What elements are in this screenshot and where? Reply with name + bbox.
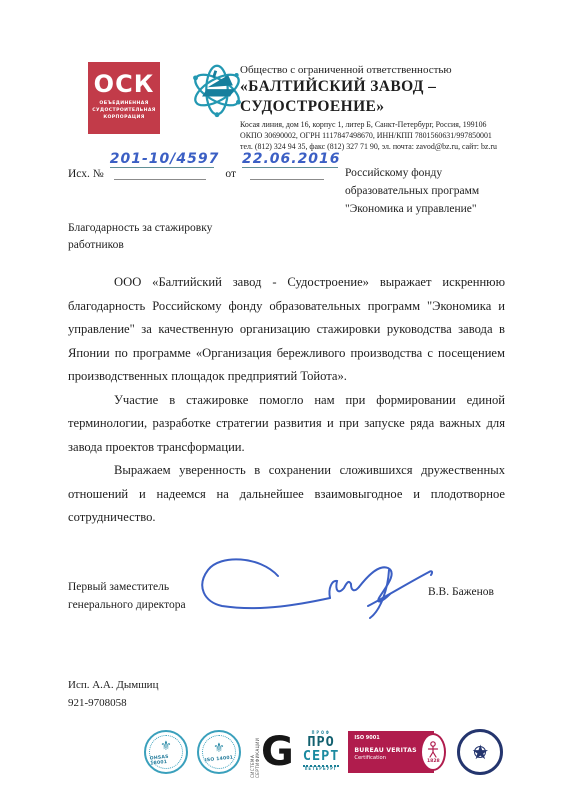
signatory-title: Первый заместитель генерального директор… [68, 579, 186, 615]
ref-date-underline [250, 179, 324, 180]
ref-number-underline [114, 179, 206, 180]
ohsas-seal-inner: ⚜ OHSAS 18001 [149, 735, 183, 769]
handwritten-ref-number: 201-10/4597 [110, 151, 220, 167]
osk-logo-caption: ОБЪЕДИНЕННАЯ СУДОСТРОИТЕЛЬНАЯ КОРПОРАЦИЯ [88, 101, 160, 122]
recipient-line3: "Экономика и управление" [345, 201, 479, 219]
recipient-line2: образовательных программ [345, 183, 479, 201]
handwritten-signature [182, 548, 440, 640]
certification-strip: ⚜ OHSAS 18001 ⚜ ISO 14001 СИСТЕМА СЕРТИФ… [144, 726, 503, 778]
signatory-title-line1: Первый заместитель [68, 579, 186, 597]
ref-label: Исх. № [68, 168, 104, 180]
ref-number-rule [110, 167, 214, 168]
body-paragraph-2: Участие в стажировке помогло нам при фор… [68, 389, 505, 460]
baltic-shipyard-atom-ship-icon [189, 58, 245, 122]
ref-date-rule [242, 167, 338, 168]
signatory-name: В.В. Баженов [428, 586, 494, 598]
executor-phone: 921-9708058 [68, 695, 158, 713]
recipient-line1: Российскому фонду [345, 165, 479, 183]
ohsas-seal-label: OHSAS 18001 [150, 753, 183, 766]
letterhead-text-block: Общество с ограниченной ответственностью… [240, 64, 552, 152]
gost-cert-logo-icon: СИСТЕМА СЕРТИФИКАЦИИ G [250, 726, 294, 778]
body-paragraph-1: ООО «Балтийский завод - Судостроение» вы… [68, 271, 505, 389]
letter-page: ОСК ОБЪЕДИНЕННАЯ СУДОСТРОИТЕЛЬНАЯ КОРПОР… [0, 0, 566, 800]
subject-line2: работников [68, 237, 212, 254]
profcert-row2: СЕРТ [303, 750, 340, 764]
bureau-veritas-badge: ISO 9001 BUREAU VERITAS Certification 18… [348, 731, 434, 773]
company-name-line1: «БАЛТИЙСКИЙ ЗАВОД – [240, 77, 552, 97]
gost-vertical-text: СИСТЕМА СЕРТИФИКАЦИИ [250, 726, 260, 778]
seal-emblem-icon: ⚜ [160, 740, 172, 753]
address-line1: Косая линия, дом 16, корпус 1, литер Б, … [240, 119, 552, 130]
bv-iso-label: ISO 9001 [354, 735, 428, 741]
org-type: Общество с ограниченной ответственностью [240, 64, 552, 77]
osk-logo-abbr: ОСК [88, 72, 160, 96]
bv-year-label: 1828 [427, 759, 440, 764]
address-line2: ОКПО 30690002, ОГРН 1117847498670, ИНН/К… [240, 130, 552, 141]
profcert-petersburg-logo-icon: ПРОФ ПРО СЕРТ ПЕТЕРБУРГ [303, 732, 340, 773]
bv-name-label: BUREAU VERITAS [354, 747, 428, 754]
profcert-bottom-label: ПЕТЕРБУРГ [303, 765, 340, 772]
company-address: Косая линия, дом 16, корпус 1, литер Б, … [240, 119, 552, 152]
signatory-title-line2: генерального директора [68, 597, 186, 615]
osk-corporation-logo: ОСК ОБЪЕДИНЕННАЯ СУДОСТРОИТЕЛЬНАЯ КОРПОР… [88, 62, 160, 134]
outgoing-reference-line: Исх. № 201-10/4597 от 22.06.2016 [68, 151, 368, 180]
iso14001-seal-inner: ⚜ ISO 14001 [202, 735, 236, 769]
letter-body: ООО «Балтийский завод - Судостроение» вы… [68, 271, 505, 530]
maritime-register-seal-icon: ★ [457, 729, 503, 775]
gost-g-glyph: G [261, 730, 294, 774]
ref-from-label: от [225, 168, 236, 180]
seal-emblem-icon: ⚜ [213, 742, 225, 755]
bv-certification-label: Certification [354, 755, 428, 761]
company-name-line2: СУДОСТРОЕНИЕ» [240, 97, 552, 117]
handwritten-date: 22.06.2016 [242, 151, 341, 167]
subject-block: Благодарность за стажировку работников [68, 220, 212, 255]
subject-line1: Благодарность за стажировку [68, 220, 212, 237]
iso-14001-seal-icon: ⚜ ISO 14001 [197, 730, 241, 774]
recipient-block: Российскому фонду образовательных програ… [345, 165, 479, 218]
executor-name: Исп. А.А. Дымшиц [68, 677, 158, 695]
executor-block: Исп. А.А. Дымшиц 921-9708058 [68, 677, 158, 712]
body-paragraph-3: Выражаем уверенность в сохранении сложив… [68, 459, 505, 530]
iso14001-seal-label: ISO 14001 [205, 756, 234, 764]
ohsas-18001-seal-icon: ⚜ OHSAS 18001 [144, 730, 188, 774]
ref-number-field: 201-10/4597 [110, 151, 220, 180]
bureau-veritas-emblem-icon: 1828 [420, 733, 446, 771]
ref-date-field: 22.06.2016 [242, 151, 341, 180]
globe-dot-icon [474, 746, 486, 758]
